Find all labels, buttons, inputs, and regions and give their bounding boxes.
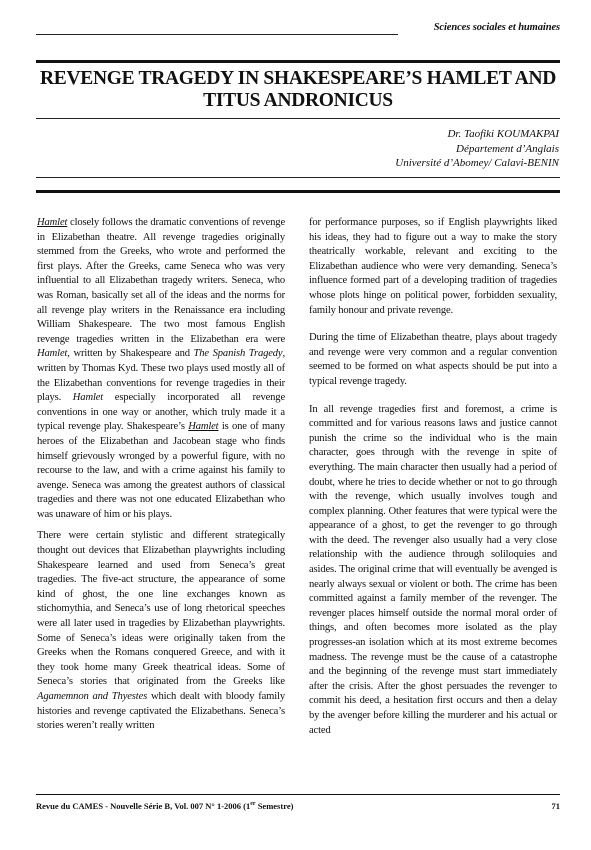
paragraph: During the time of Elizabethan theatre, … bbox=[309, 331, 557, 389]
journal-citation: Revue du CAMES - Nouvelle Série B, Vol. … bbox=[36, 801, 293, 811]
paragraph: In all revenge tragedies first and forem… bbox=[309, 403, 557, 739]
author-university: Université d’Abomey/ Calavi-BENIN bbox=[395, 156, 559, 171]
paragraph: Hamlet closely follows the dramatic conv… bbox=[37, 216, 285, 522]
title-line-1: REVENGE TRAGEDY IN SHAKESPEARE’S HAMLET … bbox=[40, 68, 556, 89]
running-head-rule bbox=[36, 34, 398, 35]
title-top-rule bbox=[36, 60, 560, 63]
author-department: Département d’Anglais bbox=[395, 142, 559, 157]
left-column: Hamlet closely follows the dramatic conv… bbox=[37, 216, 285, 741]
title-line-2: TITUS ANDRONICUS bbox=[203, 90, 393, 111]
right-column: for performance purposes, so if English … bbox=[309, 216, 557, 745]
title-bottom-rule bbox=[36, 118, 560, 119]
body-top-rule bbox=[36, 190, 560, 193]
play-title-hamlet: Hamlet bbox=[73, 392, 103, 403]
play-title-spanish-tragedy: The Spanish Tragedy bbox=[194, 348, 283, 359]
author-name: Dr. Taofiki KOUMAKPAI bbox=[395, 127, 559, 142]
footer-rule bbox=[36, 794, 560, 795]
play-titles-agamemnon-thyestes: Agamemnon and Thyestes bbox=[37, 691, 147, 702]
page-number: 71 bbox=[552, 801, 561, 811]
running-head: Sciences sociales et humaines bbox=[36, 22, 560, 36]
article-title: REVENGE TRAGEDY IN SHAKESPEARE’S HAMLET … bbox=[36, 68, 560, 112]
play-title-hamlet: Hamlet bbox=[37, 217, 67, 228]
paragraph: for performance purposes, so if English … bbox=[309, 216, 557, 318]
author-bottom-rule bbox=[36, 172, 560, 178]
author-block: Dr. Taofiki KOUMAKPAI Département d’Angl… bbox=[395, 127, 559, 171]
play-title-hamlet: Hamlet bbox=[37, 348, 67, 359]
paragraph: There were certain stylistic and differe… bbox=[37, 529, 285, 733]
play-title-hamlet: Hamlet bbox=[188, 421, 218, 432]
section-label: Sciences sociales et humaines bbox=[434, 22, 560, 33]
